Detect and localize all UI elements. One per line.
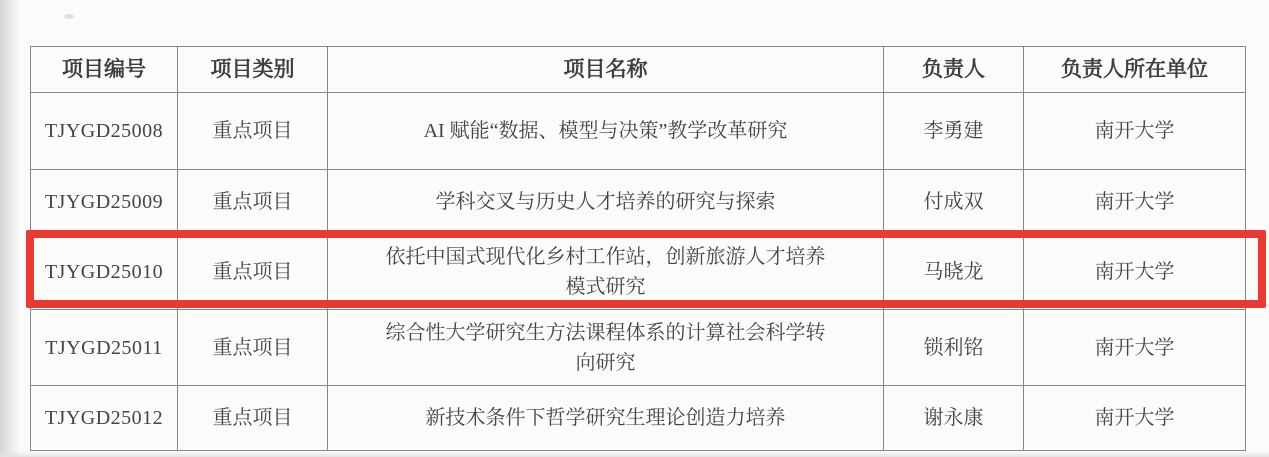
table-row: TJYGD25008 重点项目 AI 赋能“数据、模型与决策”教学改革研究 李勇… [31, 93, 1246, 170]
cell-project-name: 综合性大学研究生方法课程体系的计算社会科学转向研究 [328, 310, 884, 386]
cell-project-code: TJYGD25009 [31, 170, 178, 235]
cell-leader: 李勇建 [884, 93, 1024, 170]
scan-smudge [64, 14, 74, 19]
cell-leader-unit: 南开大学 [1024, 310, 1246, 386]
table-body: TJYGD25008 重点项目 AI 赋能“数据、模型与决策”教学改革研究 李勇… [31, 93, 1246, 451]
cell-leader: 谢永康 [884, 386, 1024, 451]
cell-project-category: 重点项目 [178, 310, 328, 386]
scanned-document-page: 项目编号 项目类别 项目名称 负责人 负责人所在单位 TJYGD25008 重点… [0, 0, 1269, 457]
cell-leader-unit: 南开大学 [1024, 235, 1246, 310]
cell-leader-unit: 南开大学 [1024, 93, 1246, 170]
cell-project-name: 依托中国式现代化乡村工作站，创新旅游人才培养模式研究 [328, 235, 884, 310]
table-row: TJYGD25009 重点项目 学科交叉与历史人才培养的研究与探索 付成双 南开… [31, 170, 1246, 235]
cell-project-name: 学科交叉与历史人才培养的研究与探索 [328, 170, 884, 235]
cell-project-code: TJYGD25008 [31, 93, 178, 170]
page-edge-shadow-left [0, 0, 20, 457]
header-project-code: 项目编号 [31, 47, 178, 93]
cell-project-category: 重点项目 [178, 235, 328, 310]
cell-project-category: 重点项目 [178, 93, 328, 170]
cell-leader: 锁利铭 [884, 310, 1024, 386]
header-project-name: 项目名称 [328, 47, 884, 93]
header-leader: 负责人 [884, 47, 1024, 93]
header-project-category: 项目类别 [178, 47, 328, 93]
table-row: TJYGD25010 重点项目 依托中国式现代化乡村工作站，创新旅游人才培养模式… [31, 235, 1246, 310]
cell-leader-unit: 南开大学 [1024, 170, 1246, 235]
cell-project-code: TJYGD25010 [31, 235, 178, 310]
table-row: TJYGD25011 重点项目 综合性大学研究生方法课程体系的计算社会科学转向研… [31, 310, 1246, 386]
table-row: TJYGD25012 重点项目 新技术条件下哲学研究生理论创造力培养 谢永康 南… [31, 386, 1246, 451]
cell-project-category: 重点项目 [178, 170, 328, 235]
project-table: 项目编号 项目类别 项目名称 负责人 负责人所在单位 TJYGD25008 重点… [30, 46, 1246, 451]
table-header: 项目编号 项目类别 项目名称 负责人 负责人所在单位 [31, 47, 1246, 93]
cell-project-name: AI 赋能“数据、模型与决策”教学改革研究 [328, 93, 884, 170]
cell-leader-unit: 南开大学 [1024, 386, 1246, 451]
cell-project-code: TJYGD25011 [31, 310, 178, 386]
cell-project-name: 新技术条件下哲学研究生理论创造力培养 [328, 386, 884, 451]
cell-leader: 马晓龙 [884, 235, 1024, 310]
cell-project-category: 重点项目 [178, 386, 328, 451]
cell-leader: 付成双 [884, 170, 1024, 235]
page-edge-shadow-bottom [0, 451, 1269, 457]
cell-project-code: TJYGD25012 [31, 386, 178, 451]
header-leader-unit: 负责人所在单位 [1024, 47, 1246, 93]
header-row: 项目编号 项目类别 项目名称 负责人 负责人所在单位 [31, 47, 1246, 93]
